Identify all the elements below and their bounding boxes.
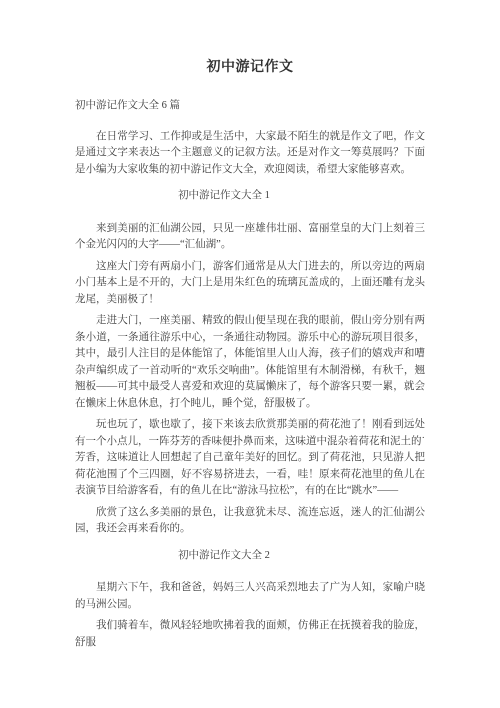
section-2-paragraph-1: 星期六下午，我和爸爸，妈妈三人兴高采烈地去了广为人知，家喻户晓的马洲公园。 [75, 580, 425, 613]
section-1-paragraph-2: 这座大门旁有两扇小门，游客们通常是从大门进去的，所以旁边的两扇小门基本上是不开的… [75, 259, 425, 309]
document-page: 初中游记作文 初中游记作文大全 6 篇 在日常学习、工作抑或是生活中，大家最不陌… [0, 0, 500, 708]
section-1-paragraph-1: 来到美丽的汇仙湖公园，只见一座雄伟壮丽、富丽堂皇的大门上刻着三个金光闪闪的大字—… [75, 221, 425, 254]
document-title: 初中游记作文 [75, 56, 425, 76]
section-1-paragraph-4: 玩也玩了，歇也歇了，接下来该去欣赏那美丽的荷花池了！刚看到远处有一个小点儿，一阵… [75, 417, 425, 500]
section-2-heading: 初中游记作文大全 2 [49, 548, 399, 565]
collection-count-label: 初中游记作文大全 6 篇 [75, 98, 425, 115]
section-1-paragraph-5: 欣赏了这么多美丽的景色，让我意犹未尽、流连忘返，迷人的汇仙湖公园，我还会再来看你… [75, 505, 425, 538]
intro-paragraph: 在日常学习、工作抑或是生活中，大家最不陌生的就是作文了吧，作文是通过文字来表达一… [75, 129, 425, 179]
section-2-paragraph-2: 我们骑着车，微风轻轻地吹拂着我的面颊，仿佛正在抚摸着我的脸庞，舒服 [75, 618, 425, 651]
section-1-paragraph-3: 走进大门，一座美丽、精致的假山便呈现在我的眼前，假山旁分别有两条小道，一条通往游… [75, 313, 425, 412]
section-1-heading: 初中游记作文大全 1 [49, 188, 399, 205]
